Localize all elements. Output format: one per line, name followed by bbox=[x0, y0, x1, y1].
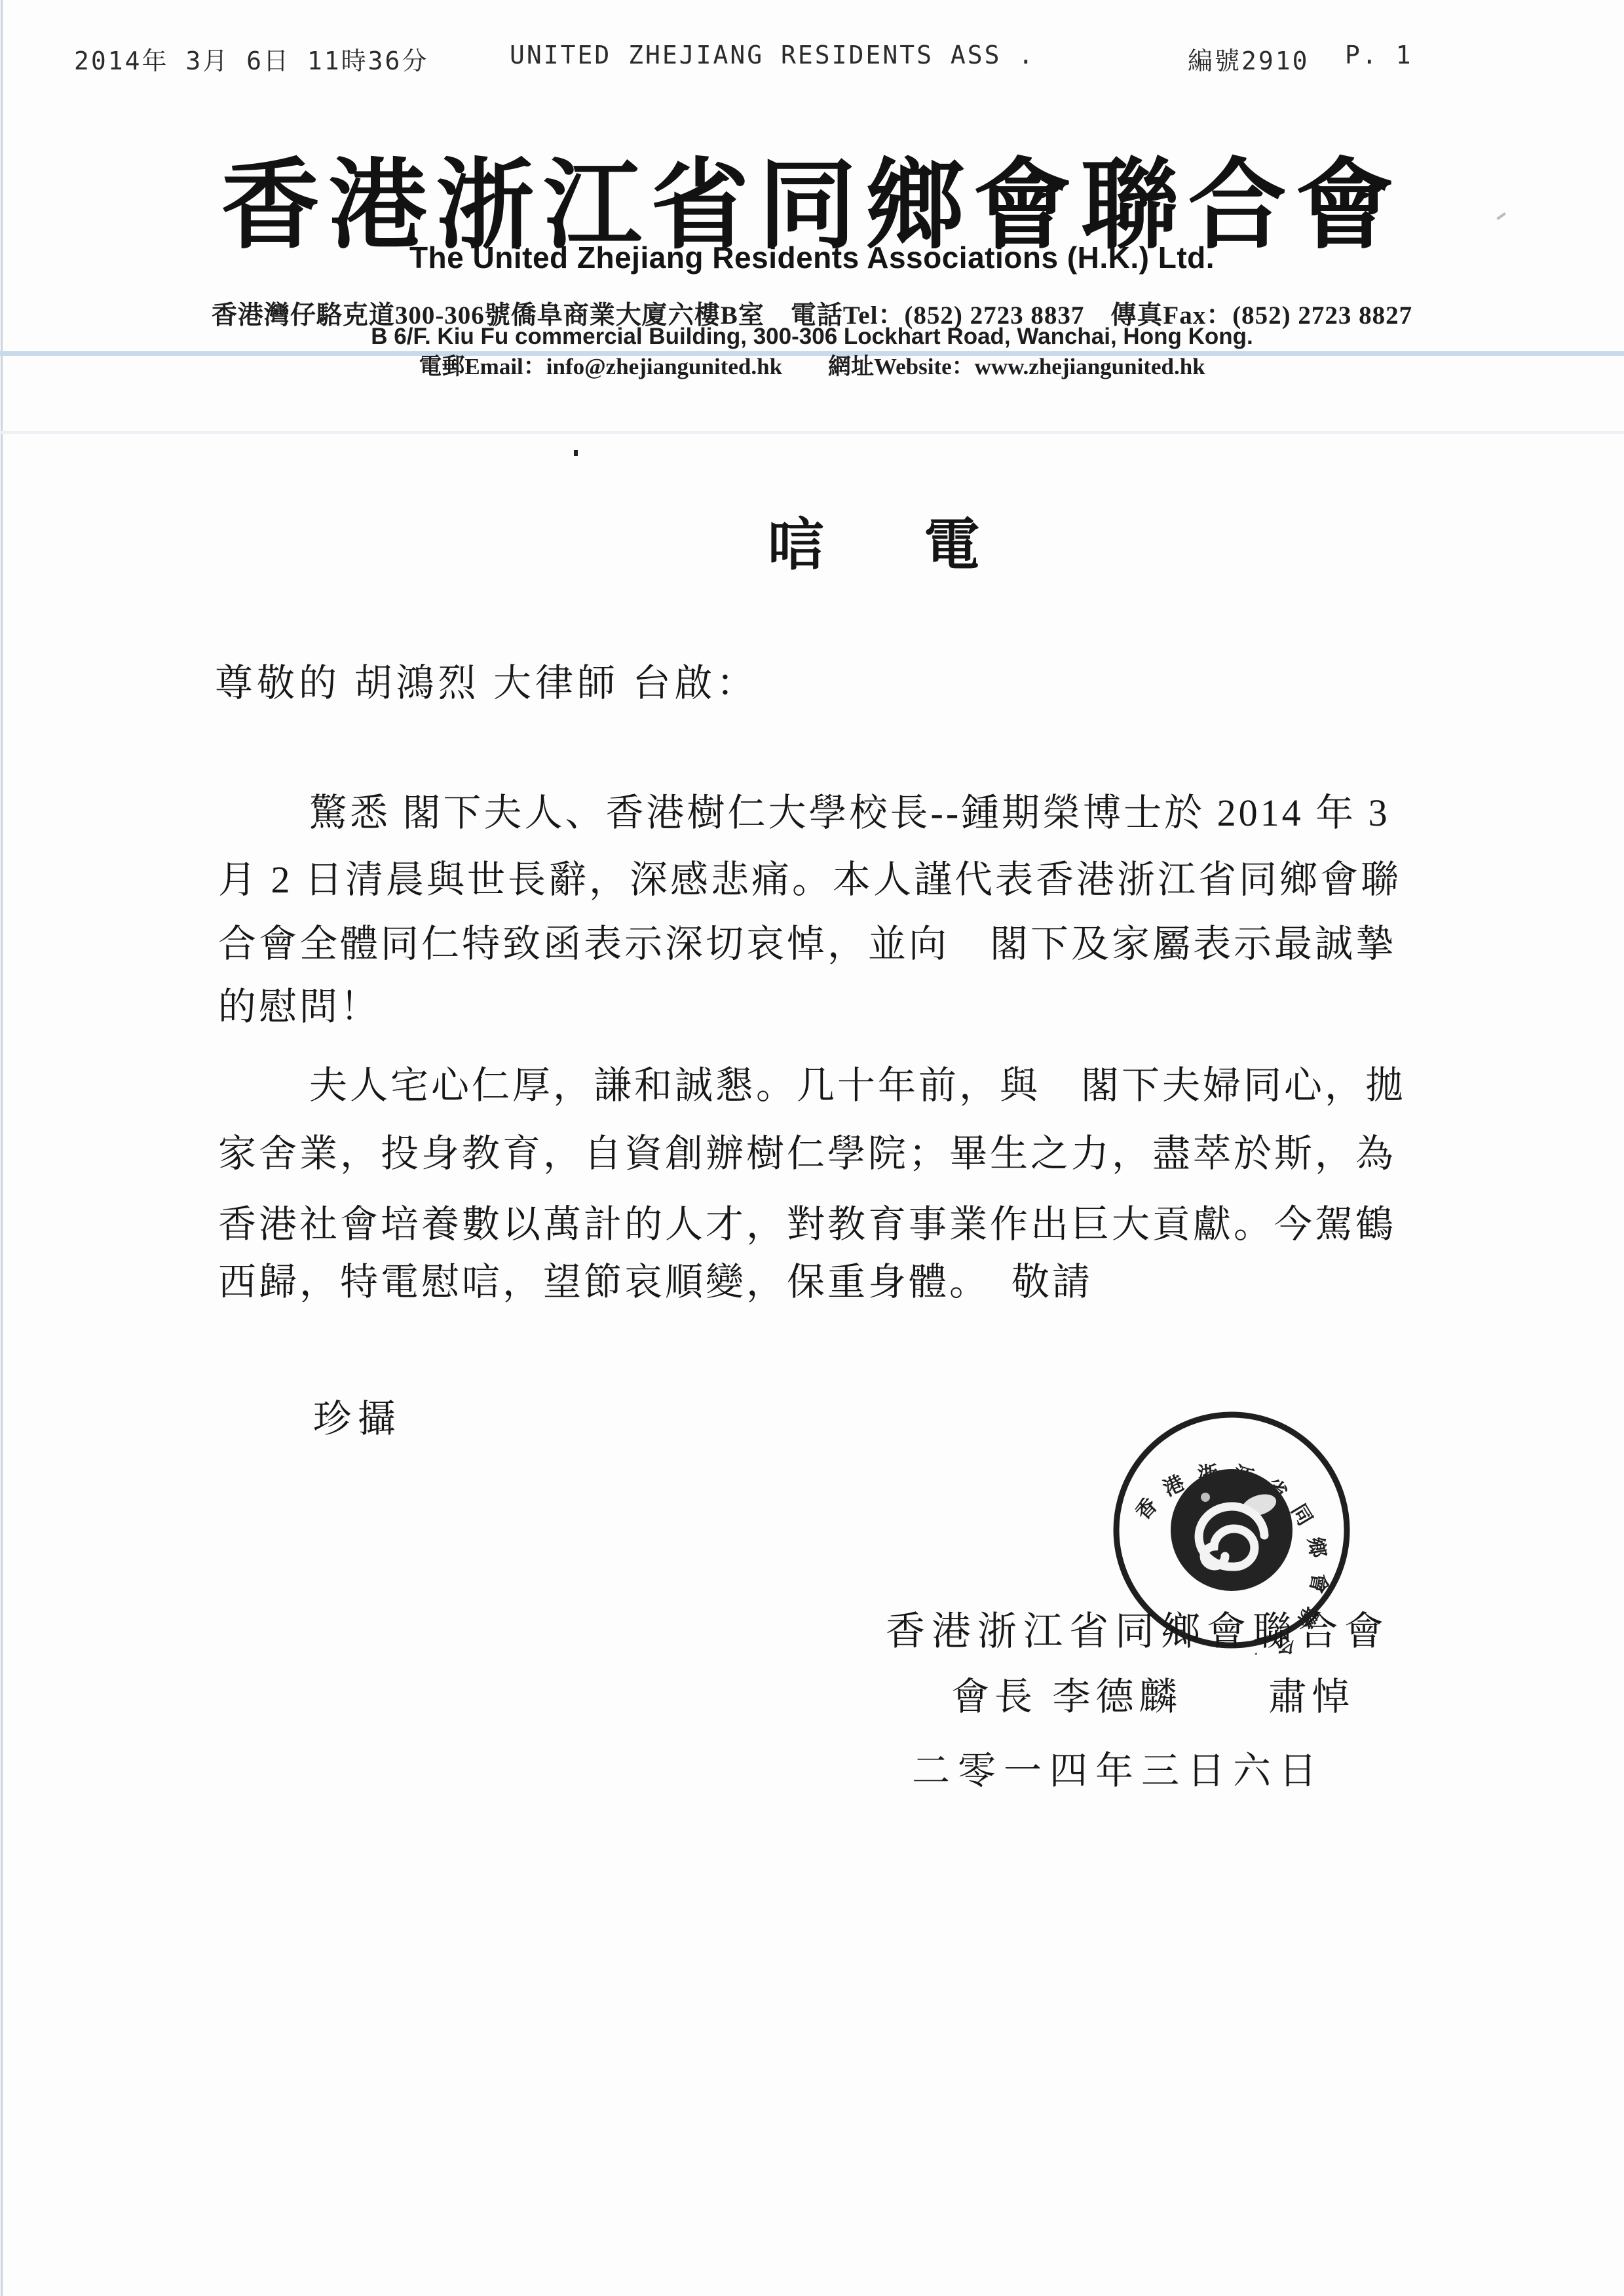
scan-edge-artifact bbox=[1, 0, 3, 2296]
signature-org: 香港浙江省同鄉會聯合會 bbox=[886, 1600, 1390, 1656]
signature-date: 二零一四年三日六日 bbox=[912, 1740, 1325, 1795]
fax-sender-id: UNITED ZHEJIANG RESIDENTS ASS . bbox=[510, 41, 1035, 69]
para2-line1: 夫人宅心仁厚，謙和誠懇。几十年前，與 閣下夫婦同心，拋 bbox=[309, 1054, 1406, 1109]
org-name-english: The United Zhejiang Residents Associatio… bbox=[409, 240, 1215, 275]
scan-tick-artifact bbox=[1496, 212, 1506, 220]
para2-line2: 家舍業，投身教育，自資創辦樹仁學院；畢生之力，盡萃於斯，為 bbox=[218, 1122, 1396, 1177]
scan-faint-line bbox=[0, 431, 1624, 434]
para1-line1: 驚悉 閣下夫人、香港樹仁大學校長--鍾期榮博士於 2014 年 3 bbox=[309, 782, 1390, 837]
fax-page-number: P. 1 bbox=[1345, 41, 1413, 69]
para2-line3: 香港社會培養數以萬計的人才，對教育事業作出巨大貢獻。今駕鶴 bbox=[218, 1193, 1396, 1248]
para1-line2: 月 2 日清晨與世長辭，深感悲痛。本人謹代表香港浙江省同鄉會聯 bbox=[218, 849, 1401, 904]
scanned-fax-page: 2014年 3月 6日 11時36分 UNITED ZHEJIANG RESID… bbox=[0, 0, 1624, 2296]
signature-signer: 會長 李德麟 肅悼 bbox=[951, 1666, 1355, 1721]
org-address-english: B 6/F. Kiu Fu commercial Building, 300-3… bbox=[371, 324, 1253, 350]
org-email-website: 電郵Email：info@zhejiangunited.hk 網址Website… bbox=[419, 349, 1205, 381]
title-char-1: 唁 bbox=[768, 499, 824, 581]
salutation: 尊敬的 胡鴻烈 大律師 台啟： bbox=[215, 652, 759, 707]
seal-speckle bbox=[1201, 1493, 1210, 1502]
fax-ref-number: 編號2910 bbox=[1188, 41, 1310, 77]
fax-datetime: 2014年 3月 6日 11時36分 bbox=[74, 41, 428, 77]
ink-dot-artifact bbox=[574, 450, 578, 456]
para1-line4: 的慰問！ bbox=[218, 976, 381, 1031]
letter-title: 唁 電 bbox=[768, 499, 980, 581]
para2-line4: 西歸，特電慰唁，望節哀順變，保重身體。 敬請 bbox=[218, 1251, 1093, 1306]
title-char-2: 電 bbox=[924, 499, 980, 581]
closing-phrase: 珍攝 bbox=[313, 1388, 402, 1443]
para1-line3: 合會全體同仁特致函表示深切哀悼，並向 閣下及家屬表示最誠摯 bbox=[218, 913, 1396, 968]
